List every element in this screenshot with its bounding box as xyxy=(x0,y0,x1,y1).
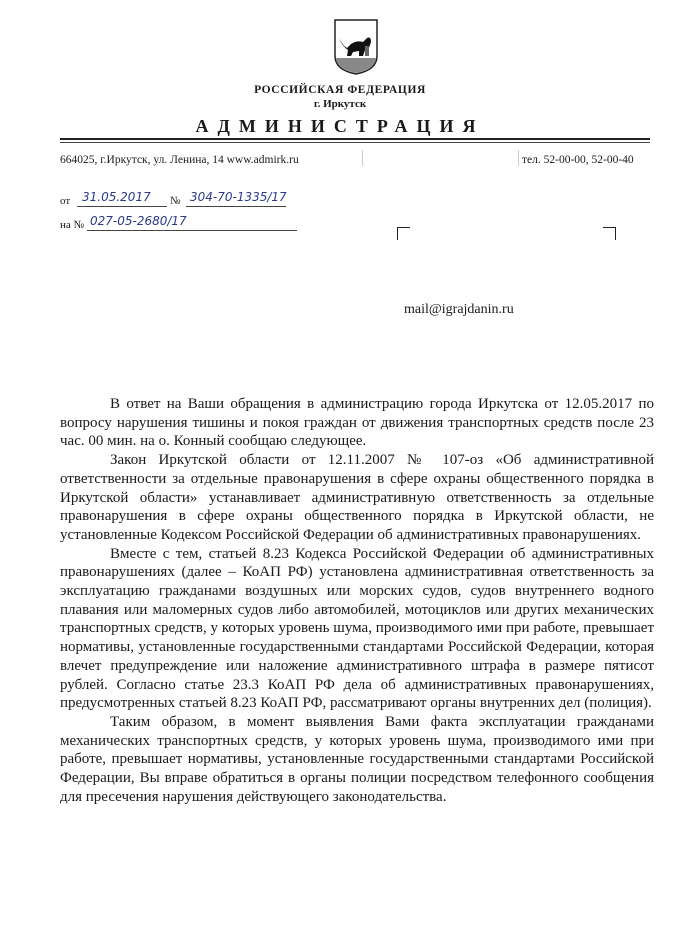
reply-label: на № xyxy=(60,219,84,231)
paragraph: Закон Иркутской области от 12.11.2007 № … xyxy=(60,451,654,545)
phone-line: тел. 52-00-00, 52-00-40 xyxy=(522,154,634,166)
recipient-email: mail@igrajdanin.ru xyxy=(404,302,514,318)
divider xyxy=(362,150,363,166)
from-date-value: 31.05.2017 xyxy=(82,190,151,204)
reply-number-value: 027-05-2680/17 xyxy=(90,214,187,228)
organization-title: АДМИНИСТРАЦИЯ xyxy=(0,116,680,137)
paragraph: Таким образом, в момент выявления Вами ф… xyxy=(60,713,654,807)
city-name: г. Иркутск xyxy=(0,98,680,110)
address-block-corner-left xyxy=(397,227,410,240)
header-rule-thin xyxy=(60,142,650,143)
paragraph: В ответ на Ваши обращения в администраци… xyxy=(60,395,654,451)
divider xyxy=(518,150,519,166)
coat-of-arms-icon xyxy=(333,18,379,76)
header-rule xyxy=(60,138,650,140)
letter-body: В ответ на Ваши обращения в администраци… xyxy=(60,395,654,806)
number-label: № xyxy=(170,195,181,207)
country-name: РОССИЙСКАЯ ФЕДЕРАЦИЯ xyxy=(0,84,680,96)
address-line: 664025, г.Иркутск, ул. Ленина, 14 www.ad… xyxy=(60,154,299,166)
paragraph: Вместе с тем, статьей 8.23 Кодекса Росси… xyxy=(60,545,654,713)
from-label: от xyxy=(60,195,70,207)
number-value: 304-70-1335/17 xyxy=(190,190,287,204)
address-block-corner-right xyxy=(603,227,616,240)
